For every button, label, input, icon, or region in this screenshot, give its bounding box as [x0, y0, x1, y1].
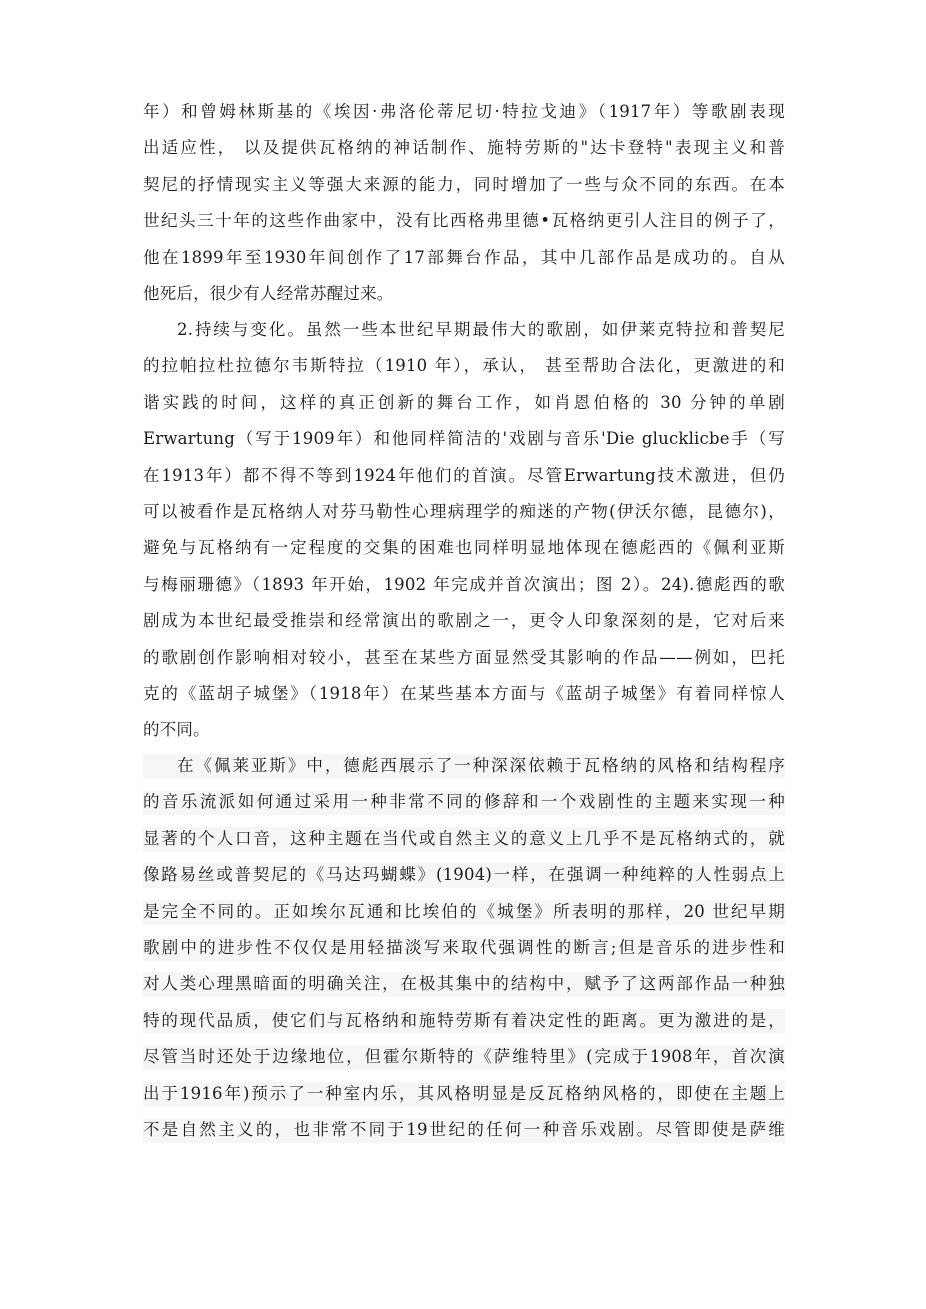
text-line: 出于1916年)预示了一种室内乐，其风格明显是反瓦格纳风格的，即使在主题上 [143, 1076, 785, 1112]
text-line: 的音乐流派如何通过采用一种非常不同的修辞和一个戏剧性的主题来实现一种 [143, 784, 785, 820]
text-line: 世纪头三十年的这些作曲家中，没有比西格弗里德•瓦格纳更引人注目的例子了， [143, 203, 785, 239]
text-line: 克的《蓝胡子城堡》（1918年）在某些基本方面与《蓝胡子城堡》有着同样惊人 [143, 676, 785, 712]
text-line: 对人类心理黑暗面的明确关注，在极其集中的结构中，赋予了这两部作品一种独 [143, 966, 785, 1002]
text-line: 他在1899年至1930年间创作了17部舞台作品，其中几部作品是成功的。自从 [143, 240, 785, 276]
text-line: 的不同。 [143, 712, 785, 748]
text-line: 避免与瓦格纳有一定程度的交集的困难也同样明显地体现在德彪西的《佩利亚斯 [143, 530, 785, 566]
text-line: 他死后，很少有人经常苏醒过来。 [143, 276, 785, 312]
text-line: 出适应性， 以及提供瓦格纳的神话制作、施特劳斯的"达卡登特"表现主义和普 [143, 130, 785, 166]
text-line: 在1913年）都不得不等到1924年他们的首演。尽管Erwartung技术激进，… [143, 458, 785, 494]
text-line: 可以被看作是瓦格纳人对芬马勒性心理病理学的痴迷的产物(伊沃尔德，昆德尔)， [143, 494, 785, 530]
text-line: 与梅丽珊德》（1893 年开始，1902 年完成并首次演出；图 2）。24).德… [143, 567, 785, 603]
text-line: 的歌剧创作影响相对较小，甚至在某些方面显然受其影响的作品——例如，巴托 [143, 640, 785, 676]
text-line: 谐实践的时间，这样的真正创新的舞台工作，如肖恩伯格的 30 分钟的单剧 [143, 385, 785, 421]
text-line: 年）和曾姆林斯基的《埃因·弗洛伦蒂尼切·特拉戈迪》（1917年）等歌剧表现 [143, 94, 785, 130]
text-line: 像路易丝或普契尼的《马达玛蝴蝶》(1904)一样，在强调一种纯粹的人性弱点上 [143, 857, 785, 893]
text-line: 剧成为本世纪最受推崇和经常演出的歌剧之一，更令人印象深刻的是，它对后来 [143, 603, 785, 639]
paragraph-1: 年）和曾姆林斯基的《埃因·弗洛伦蒂尼切·特拉戈迪》（1917年）等歌剧表现 出适… [143, 94, 785, 312]
text-line: 是完全不同的。正如埃尔瓦通和比埃伯的《城堡》所表明的那样，20 世纪早期 [143, 894, 785, 930]
text-line: 的拉帕拉杜拉德尔韦斯特拉（1910 年），承认， 甚至帮助合法化，更激进的和 [143, 348, 785, 384]
text-line: Erwartung（写于1909年）和他同样简洁的'戏剧与音乐'Die gluc… [143, 421, 785, 457]
text-line: 在《佩莱亚斯》中，德彪西展示了一种深深依赖于瓦格纳的风格和结构程序 [143, 748, 785, 784]
text-line: 特的现代品质，使它们与瓦格纳和施特劳斯有着决定性的距离。更为激进的是， [143, 1003, 785, 1039]
text-line: 歌剧中的进步性不仅仅是用轻描淡写来取代强调性的断言;但是音乐的进步性和 [143, 930, 785, 966]
text-line: 契尼的抒情现实主义等强大来源的能力，同时增加了一些与众不同的东西。在本 [143, 167, 785, 203]
text-line: 不是自然主义的，也非常不同于19世纪的任何一种音乐戏剧。尽管即使是萨维 [143, 1112, 785, 1148]
text-line: 2.持续与变化。虽然一些本世纪早期最伟大的歌剧，如伊莱克特拉和普契尼 [143, 312, 785, 348]
text-line: 显著的个人口音，这种主题在当代或自然主义的意义上几乎不是瓦格纳式的，就 [143, 821, 785, 857]
paragraph-2: 2.持续与变化。虽然一些本世纪早期最伟大的歌剧，如伊莱克特拉和普契尼 的拉帕拉杜… [143, 312, 785, 749]
paragraph-3: 在《佩莱亚斯》中，德彪西展示了一种深深依赖于瓦格纳的风格和结构程序 的音乐流派如… [143, 748, 785, 1148]
text-line: 尽管当时还处于边缘地位，但霍尔斯特的《萨维特里》(完成于1908年，首次演 [143, 1039, 785, 1075]
